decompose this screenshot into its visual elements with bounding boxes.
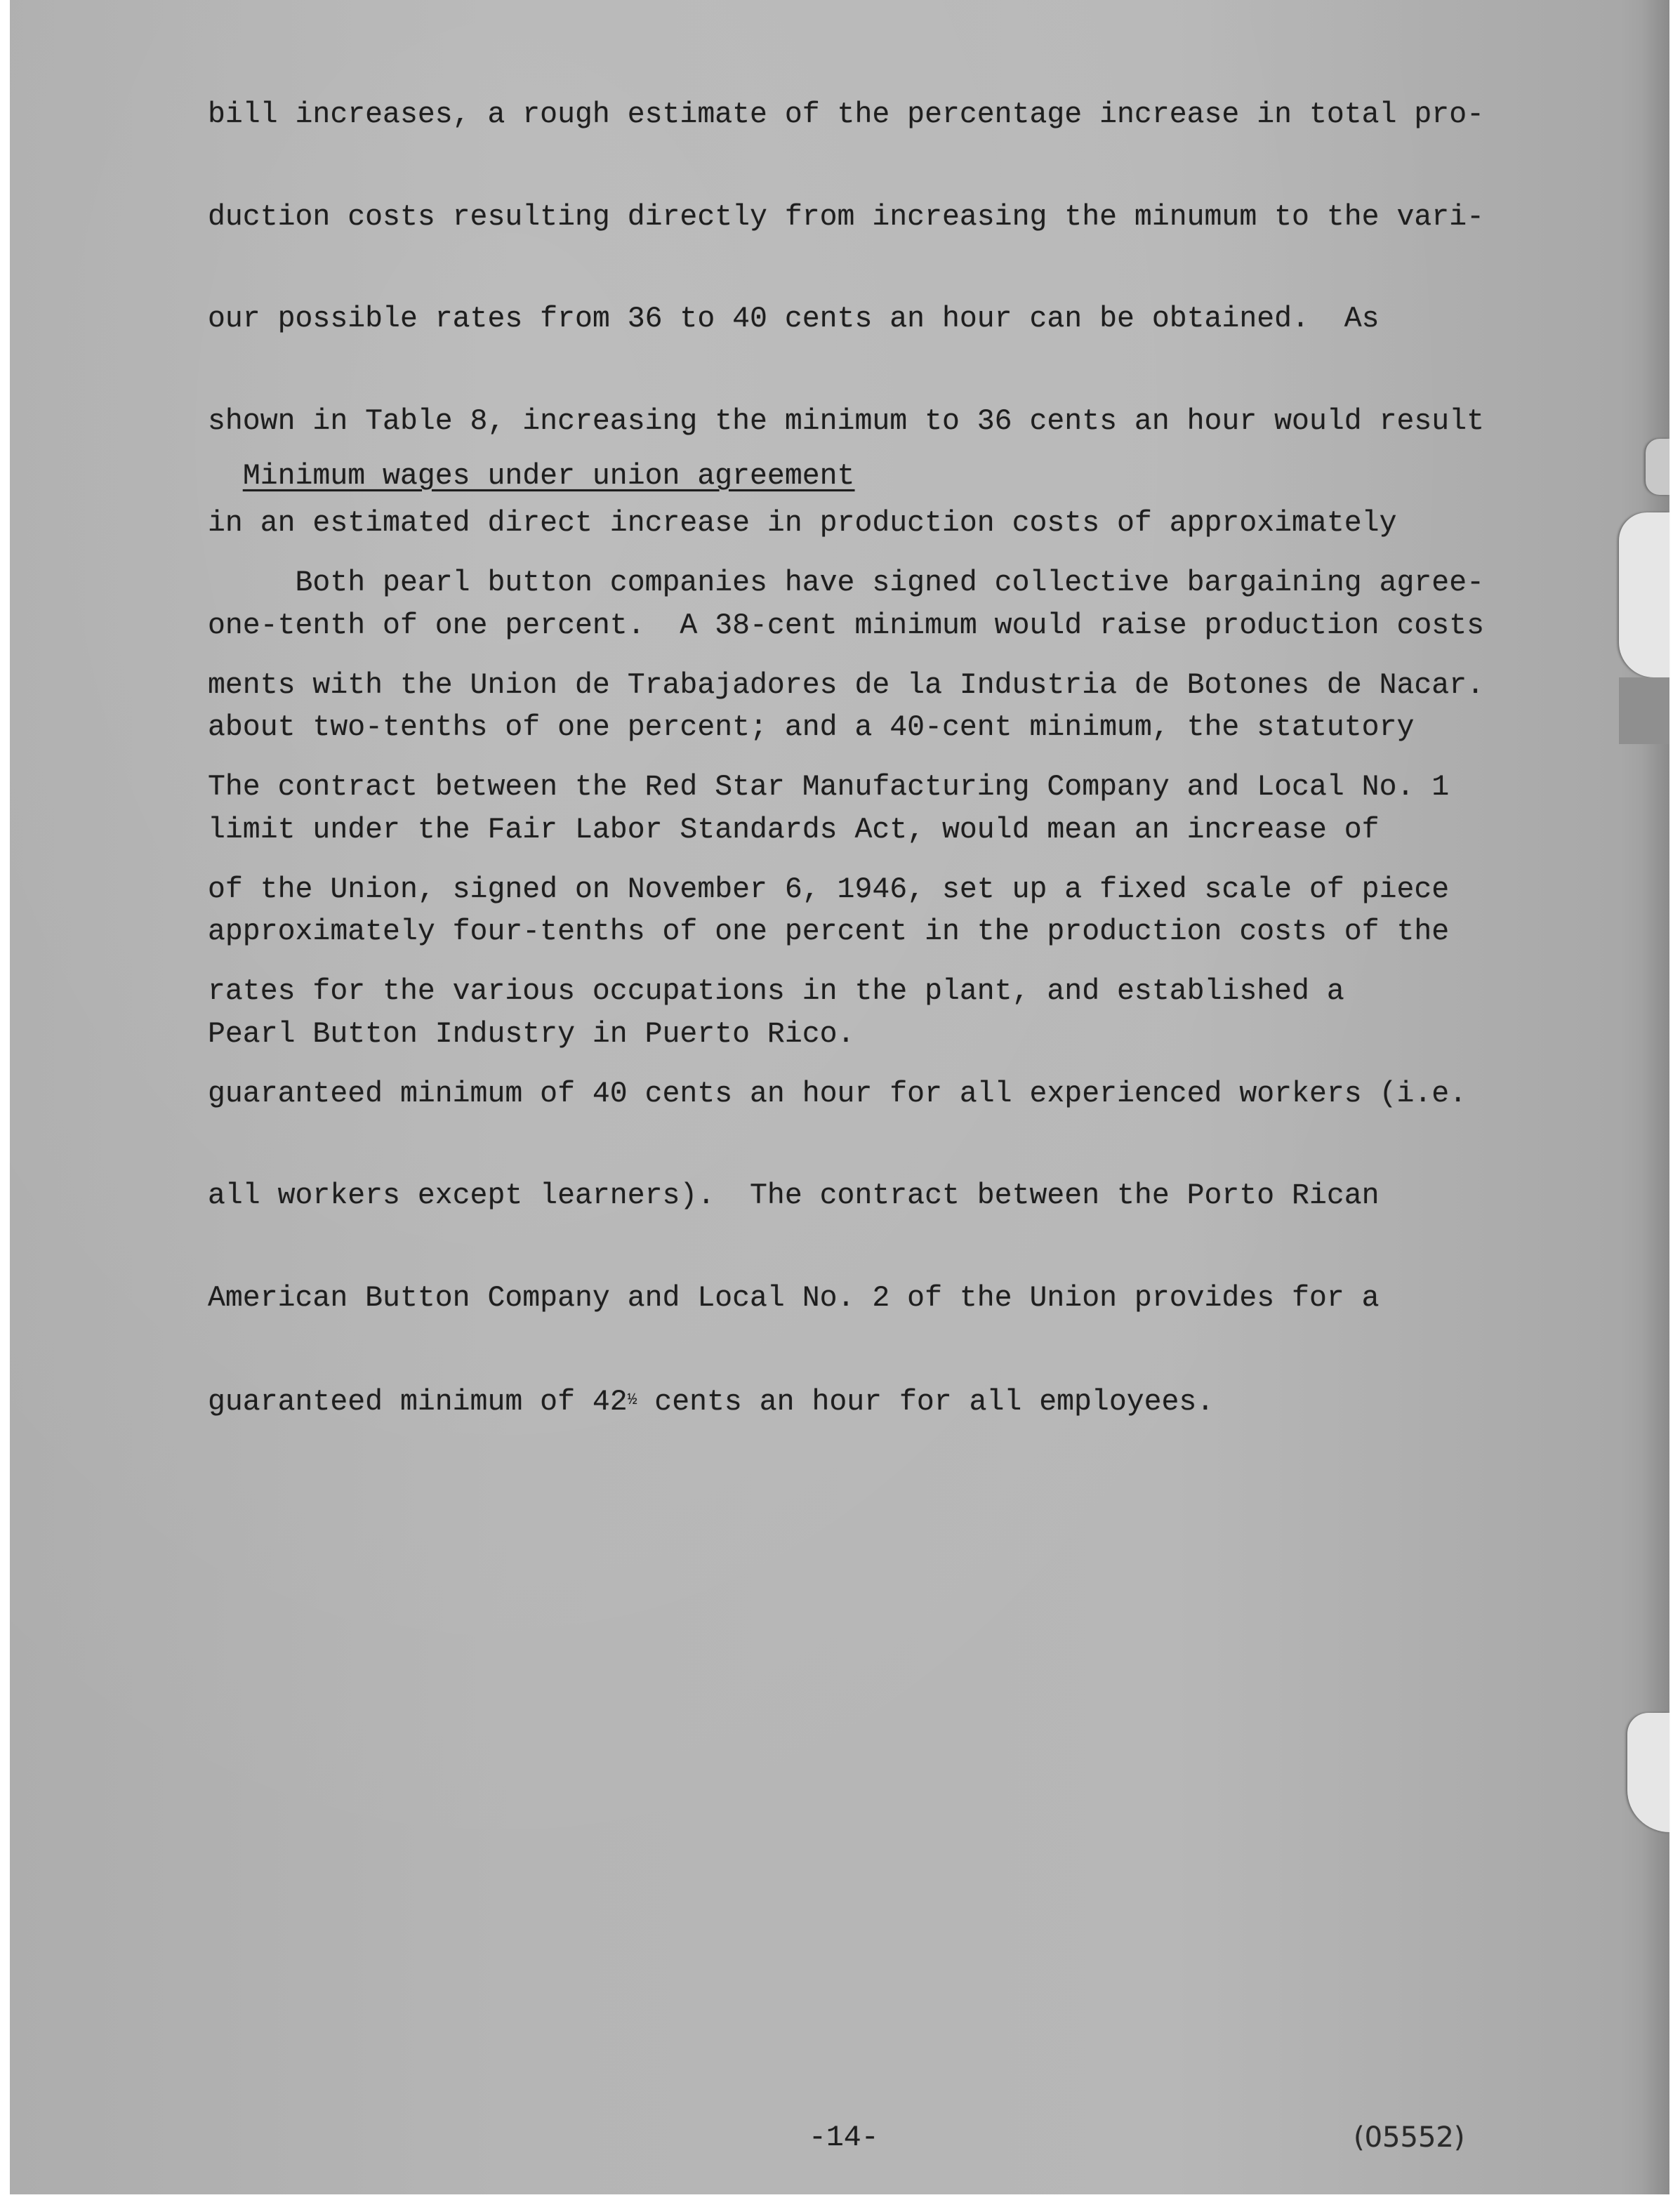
paper-tear-mark	[1619, 512, 1669, 677]
fraction-half: ½	[628, 1391, 637, 1409]
paper-tear-mark	[1627, 1713, 1669, 1832]
text-fragment: cents an hour for all employees.	[637, 1386, 1214, 1419]
text-line: bill increases, a rough estimate of the …	[208, 97, 1484, 133]
paragraph-union-agreements: Both pearl button companies have signed …	[208, 499, 1484, 1452]
text-line: ments with the Union de Trabajadores de …	[208, 668, 1484, 704]
paper-tear-shadow	[1619, 677, 1669, 744]
text-line-last: guaranteed minimum of 42½ cents an hour …	[208, 1382, 1484, 1419]
page-number: -14-	[809, 2121, 879, 2154]
text-line: American Button Company and Local No. 2 …	[208, 1280, 1484, 1317]
text-line: Both pearl button companies have signed …	[208, 565, 1484, 602]
text-line: duction costs resulting directly from in…	[208, 199, 1484, 236]
document-code: (05552)	[1354, 2121, 1464, 2154]
text-line: guaranteed minimum of 40 cents an hour f…	[208, 1076, 1484, 1113]
paper-tear-mark	[1646, 439, 1669, 495]
text-line: our possible rates from 36 to 40 cents a…	[208, 301, 1484, 338]
page-shadow-edge	[1641, 0, 1669, 2194]
text-fragment: guaranteed minimum of 42	[208, 1386, 628, 1419]
text-line: of the Union, signed on November 6, 1946…	[208, 872, 1484, 908]
text-line: rates for the various occupations in the…	[208, 974, 1484, 1010]
text-line: The contract between the Red Star Manufa…	[208, 769, 1484, 806]
section-heading: Minimum wages under union agreement	[208, 427, 854, 493]
text-line: all workers except learners). The contra…	[208, 1178, 1484, 1214]
section-heading-text: Minimum wages under union agreement	[243, 460, 855, 493]
